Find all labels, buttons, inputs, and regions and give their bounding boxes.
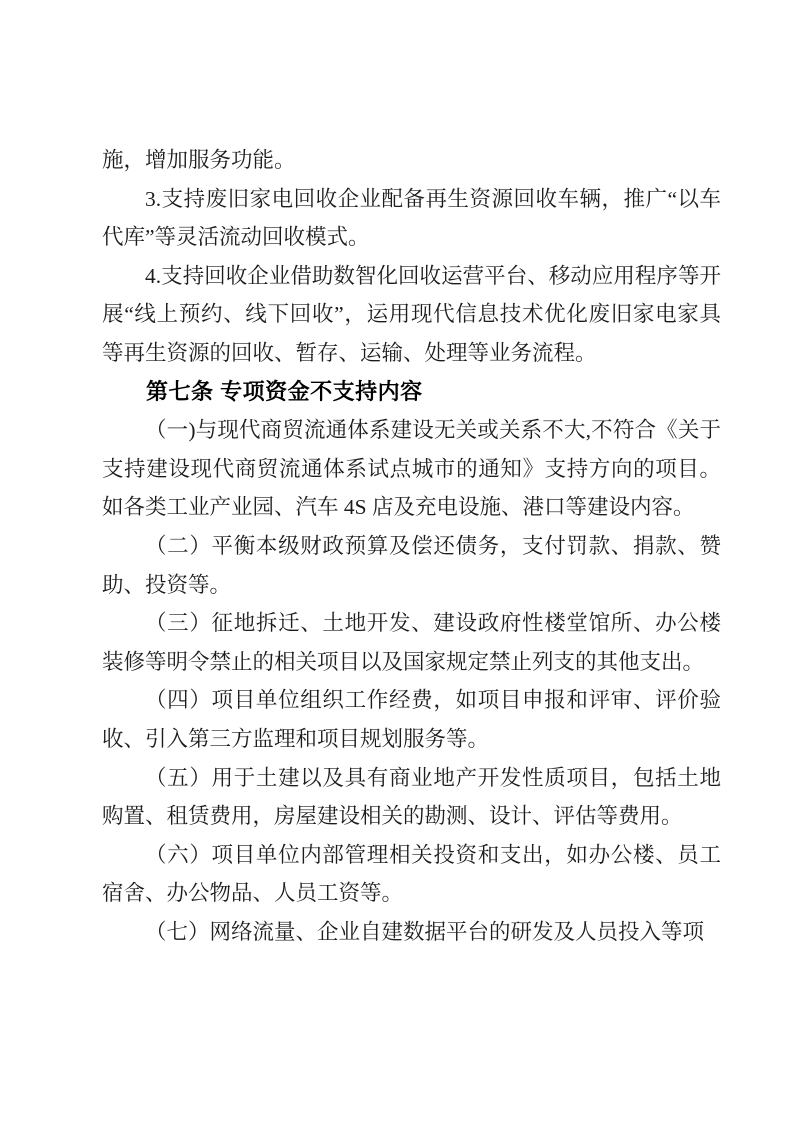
paragraph-continuation: 施，增加服务功能。 bbox=[102, 141, 721, 180]
paragraph-item-4: 4.支持回收企业借助数智化回收运营平台、移动应用程序等开展“线上预约、线下回收”… bbox=[102, 257, 721, 373]
section-heading-article-7: 第七条 专项资金不支持内容 bbox=[102, 373, 721, 412]
document-body: 施，增加服务功能。 3.支持废旧家电回收企业配备再生资源回收车辆，推广“以车代库… bbox=[102, 141, 721, 951]
paragraph-clause-7: （七）网络流量、企业自建数据平台的研发及人员投入等项 bbox=[102, 913, 721, 952]
paragraph-clause-2: （二）平衡本级财政预算及偿还债务，支付罚款、捐款、赞助、投资等。 bbox=[102, 527, 721, 604]
paragraph-clause-5: （五）用于土建以及具有商业地产开发性质项目，包括土地购置、租赁费用，房屋建设相关… bbox=[102, 759, 721, 836]
paragraph-clause-6: （六）项目单位内部管理相关投资和支出，如办公楼、员工宿舍、办公物品、人员工资等。 bbox=[102, 836, 721, 913]
paragraph-item-3: 3.支持废旧家电回收企业配备再生资源回收车辆，推广“以车代库”等灵活流动回收模式… bbox=[102, 180, 721, 257]
paragraph-clause-4: （四）项目单位组织工作经费，如项目申报和评审、评价验收、引入第三方监理和项目规划… bbox=[102, 681, 721, 758]
paragraph-clause-1: （一)与现代商贸流通体系建设无关或关系不大,不符合《关于支持建设现代商贸流通体系… bbox=[102, 411, 721, 527]
document-page: 施，增加服务功能。 3.支持废旧家电回收企业配备再生资源回收车辆，推广“以车代库… bbox=[0, 0, 793, 1122]
paragraph-clause-3: （三）征地拆迁、土地开发、建设政府性楼堂馆所、办公楼装修等明令禁止的相关项目以及… bbox=[102, 604, 721, 681]
